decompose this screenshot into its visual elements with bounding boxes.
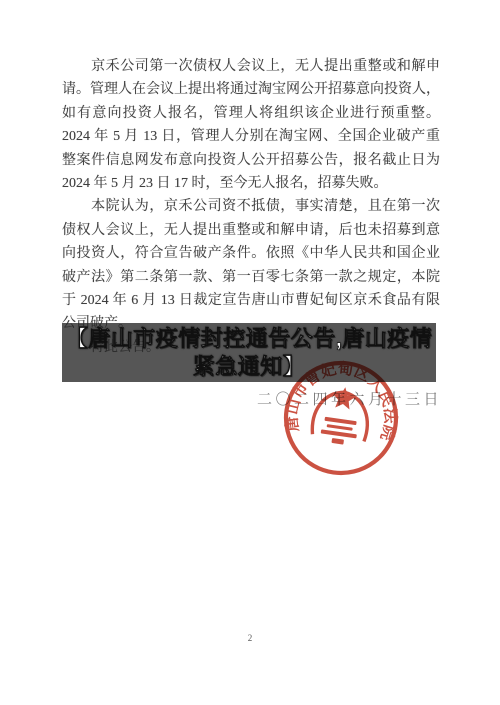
body-line: 向投资人，符合宣告破产条件。依照《中华人民共和国企业 [62,242,440,265]
body-line: 2024 年 5 月 13 日，管理人分别在淘宝网、全国企业破产重 [62,125,440,148]
body-line: 如有意向投资人报名，管理人将组织该企业进行预重整。 [62,102,440,125]
document-page: 京禾公司第一次债权人会议上，无人提出重整或和解申 请。管理人在会议上提出将通过淘… [0,0,500,705]
body-line: 京禾公司第一次债权人会议上，无人提出重整或和解申 [62,55,440,78]
court-seal-icon: 唐山市曹妃甸区人民法院 [266,343,416,493]
body-line: 2024 年 5 月 23 日 17 时，至今无人报名，招募失败。 [62,172,440,195]
body-line: 本院认为，京禾公司资不抵债，事实清楚，且在第一次 [62,195,440,218]
document-body: 京禾公司第一次债权人会议上，无人提出重整或和解申 请。管理人在会议上提出将通过淘… [62,55,440,359]
body-line: 破产法》第二条第一款、第一百零七条第一款之规定，本院 [62,266,440,289]
body-line: 整案件信息网发布意向投资人公开招募公告，报名截止日为 [62,149,440,172]
body-line: 请。管理人在会议上提出将通过淘宝网公开招募意向投资人， [62,78,440,101]
national-emblem-icon [310,384,372,448]
body-line: 于 2024 年 6 月 13 日裁定宣告唐山市曹妃甸区京禾食品有限 [62,289,440,312]
page-number: 2 [238,633,262,643]
body-line: 债权人会议上，无人提出重整或和解申请，后也未招募到意 [62,219,440,242]
